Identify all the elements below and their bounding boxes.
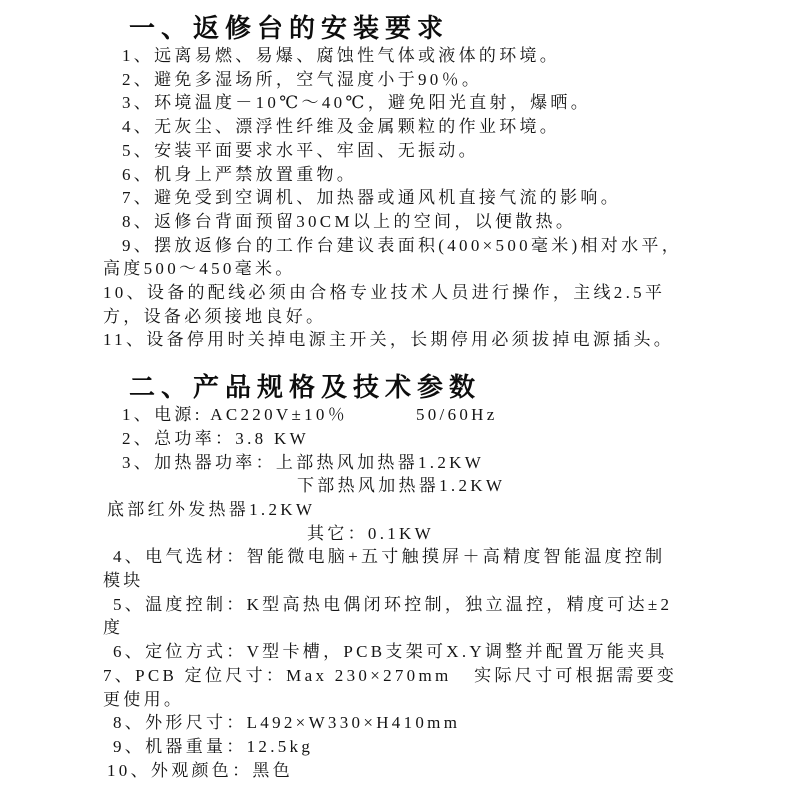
spec-temp-control: 5、温度控制：K型高热电偶闭环控制，独立温控，精度可达±2	[103, 593, 760, 617]
spec-total-power: 2、总功率：3.8 KW	[103, 427, 760, 451]
spec-heater-power-lower: 下部热风加热器1.2KW	[103, 474, 760, 498]
spec-positioning-method: 6、定位方式：V型卡槽，PCB支架可X.Y调整并配置万能夹具	[103, 640, 760, 664]
install-item-10-cont: 方，设备必须接地良好。	[103, 305, 760, 329]
spec-temp-control-cont: 度	[103, 616, 760, 640]
spec-weight: 9、机器重量：12.5kg	[103, 735, 760, 759]
install-item-9: 9、摆放返修台的工作台建议表面积(400×500毫米)相对水平，	[103, 234, 760, 258]
spec-pcb-size-cont: 更使用。	[103, 688, 760, 712]
install-item-8: 8、返修台背面预留30CM以上的空间，以便散热。	[103, 210, 760, 234]
spec-electrical-parts-cont: 模块	[103, 569, 760, 593]
section-1-heading: 一、返修台的安装要求	[103, 13, 760, 44]
spec-electrical-parts: 4、电气选材：智能微电脑+五寸触摸屏＋高精度智能温度控制	[103, 545, 760, 569]
install-item-5: 5、安装平面要求水平、牢固、无振动。	[103, 139, 760, 163]
section-2-heading: 二、产品规格及技术参数	[103, 372, 760, 403]
spec-power-supply: 1、电源: AC220V±10％ 50/60Hz	[103, 403, 760, 427]
install-item-11: 11、设备停用时关掉电源主开关，长期停用必须拔掉电源插头。	[103, 328, 760, 352]
spec-heater-power-bottom: 底部红外发热器1.2KW	[103, 498, 760, 522]
spec-heater-power-upper: 3、加热器功率：上部热风加热器1.2KW	[103, 451, 760, 475]
spec-dimensions: 8、外形尺寸：L492×W330×H410mm	[103, 711, 760, 735]
spec-heater-power-other: 其它：0.1KW	[103, 522, 760, 546]
install-item-10: 10、设备的配线必须由合格专业技术人员进行操作，主线2.5平	[103, 281, 760, 305]
install-item-3: 3、环境温度－10℃～40℃，避免阳光直射，爆晒。	[103, 91, 760, 115]
install-item-9-cont: 高度500～450毫米。	[103, 257, 760, 281]
install-item-2: 2、避免多湿场所，空气湿度小于90％。	[103, 68, 760, 92]
install-item-6: 6、机身上严禁放置重物。	[103, 163, 760, 187]
spec-pcb-size: 7、PCB 定位尺寸：Max 230×270mm 实际尺寸可根据需要变	[103, 664, 760, 688]
install-item-7: 7、避免受到空调机、加热器或通风机直接气流的影响。	[103, 186, 760, 210]
section-installation-requirements: 一、返修台的安装要求 1、远离易燃、易爆、腐蚀性气体或液体的环境。 2、避免多湿…	[103, 13, 760, 352]
install-item-1: 1、远离易燃、易爆、腐蚀性气体或液体的环境。	[103, 44, 760, 68]
spec-color: 10、外观颜色：黑色	[103, 759, 760, 783]
document-page: 一、返修台的安装要求 1、远离易燃、易爆、腐蚀性气体或液体的环境。 2、避免多湿…	[0, 0, 800, 800]
section-product-specs: 二、产品规格及技术参数 1、电源: AC220V±10％ 50/60Hz 2、总…	[103, 372, 760, 782]
install-item-4: 4、无灰尘、漂浮性纤维及金属颗粒的作业环境。	[103, 115, 760, 139]
